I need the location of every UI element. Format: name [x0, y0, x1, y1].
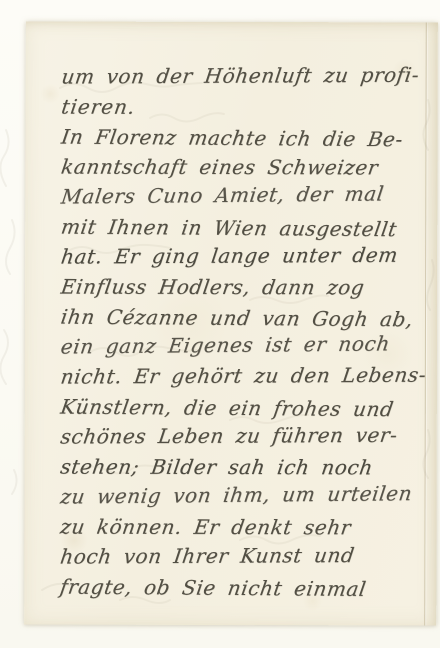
handwriting-text: um von der Höhenluft zu profi- tieren. I… — [60, 62, 437, 603]
handwritten-line: hat. Er ging lange unter dem — [59, 240, 439, 272]
handwritten-line: nicht. Er gehört zu den Lebens- — [59, 360, 439, 392]
scanned-letter-view: um von der Höhenluft zu profi- tieren. I… — [0, 0, 440, 648]
letter-page: um von der Höhenluft zu profi- tieren. I… — [24, 21, 438, 625]
handwritten-line: tieren. — [59, 92, 439, 123]
handwritten-line: Malers Cuno Amiet, der mal — [59, 178, 440, 212]
handwritten-line: zu können. Er denkt sehr — [58, 512, 438, 543]
handwritten-line: ein ganz Eigenes ist er noch — [59, 328, 440, 362]
handwritten-line: um von der Höhenluft zu profi- — [60, 60, 440, 92]
handwritten-line: Einfluss Hodlers, dann zog — [59, 272, 439, 303]
handwritten-line: hoch von Ihrer Kunst und — [58, 540, 438, 572]
handwritten-line: In Florenz machte ich die Be- — [59, 122, 439, 155]
handwritten-line: fragte, ob Sie nicht einmal — [58, 572, 438, 605]
handwritten-line: schönes Leben zu führen ver- — [59, 420, 439, 452]
handwritten-line: zu wenig von ihm, um urteilen — [59, 478, 440, 512]
